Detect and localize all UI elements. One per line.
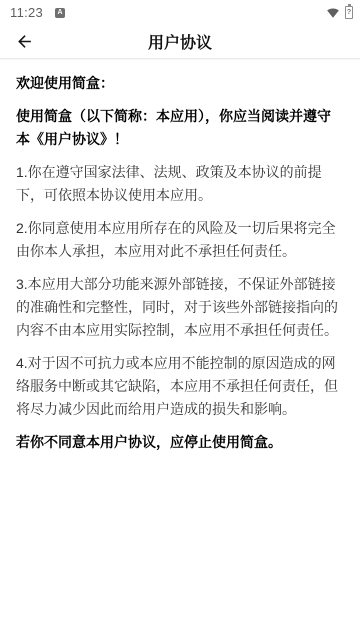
page-title: 用户协议 — [0, 30, 360, 53]
status-time: 11:23 — [10, 5, 43, 20]
app-screen: 11:23 A ? 用户协议 欢迎使用简盒：使用简盒（以下简称：本应用），你应当… — [0, 0, 360, 640]
paragraph-4: 2.你同意使用本应用所存在的风险及一切后果将完全由你本人承担，本应用对此不承担任… — [16, 217, 344, 263]
paragraph-2: 使用简盒（以下简称：本应用），你应当阅读并遵守本《用户协议》！ — [16, 105, 344, 151]
status-bar: 11:23 A ? — [0, 0, 360, 24]
app-bar: 用户协议 — [0, 24, 360, 59]
paragraph-7: 若你不同意本用户协议，应停止使用简盒。 — [16, 431, 344, 454]
battery-unknown-icon: ? — [345, 6, 353, 19]
paragraph-6: 4.对于因不可抗力或本应用不能控制的原因造成的网络服务中断或其它缺陷，本应用不承… — [16, 352, 344, 421]
notification-app-icon: A — [55, 8, 65, 18]
agreement-text: 欢迎使用简盒：使用简盒（以下简称：本应用），你应当阅读并遵守本《用户协议》！1.… — [0, 59, 360, 484]
wifi-icon — [326, 7, 340, 19]
paragraph-3: 1.你在遵守国家法律、法规、政策及本协议的前提下，可依照本协议使用本应用。 — [16, 161, 344, 207]
paragraph-1: 欢迎使用简盒： — [16, 72, 344, 95]
battery-question-glyph: ? — [347, 9, 351, 16]
paragraph-5: 3.本应用大部分功能来源外部链接，不保证外部链接的准确性和完整性，同时，对于该些… — [16, 273, 344, 342]
